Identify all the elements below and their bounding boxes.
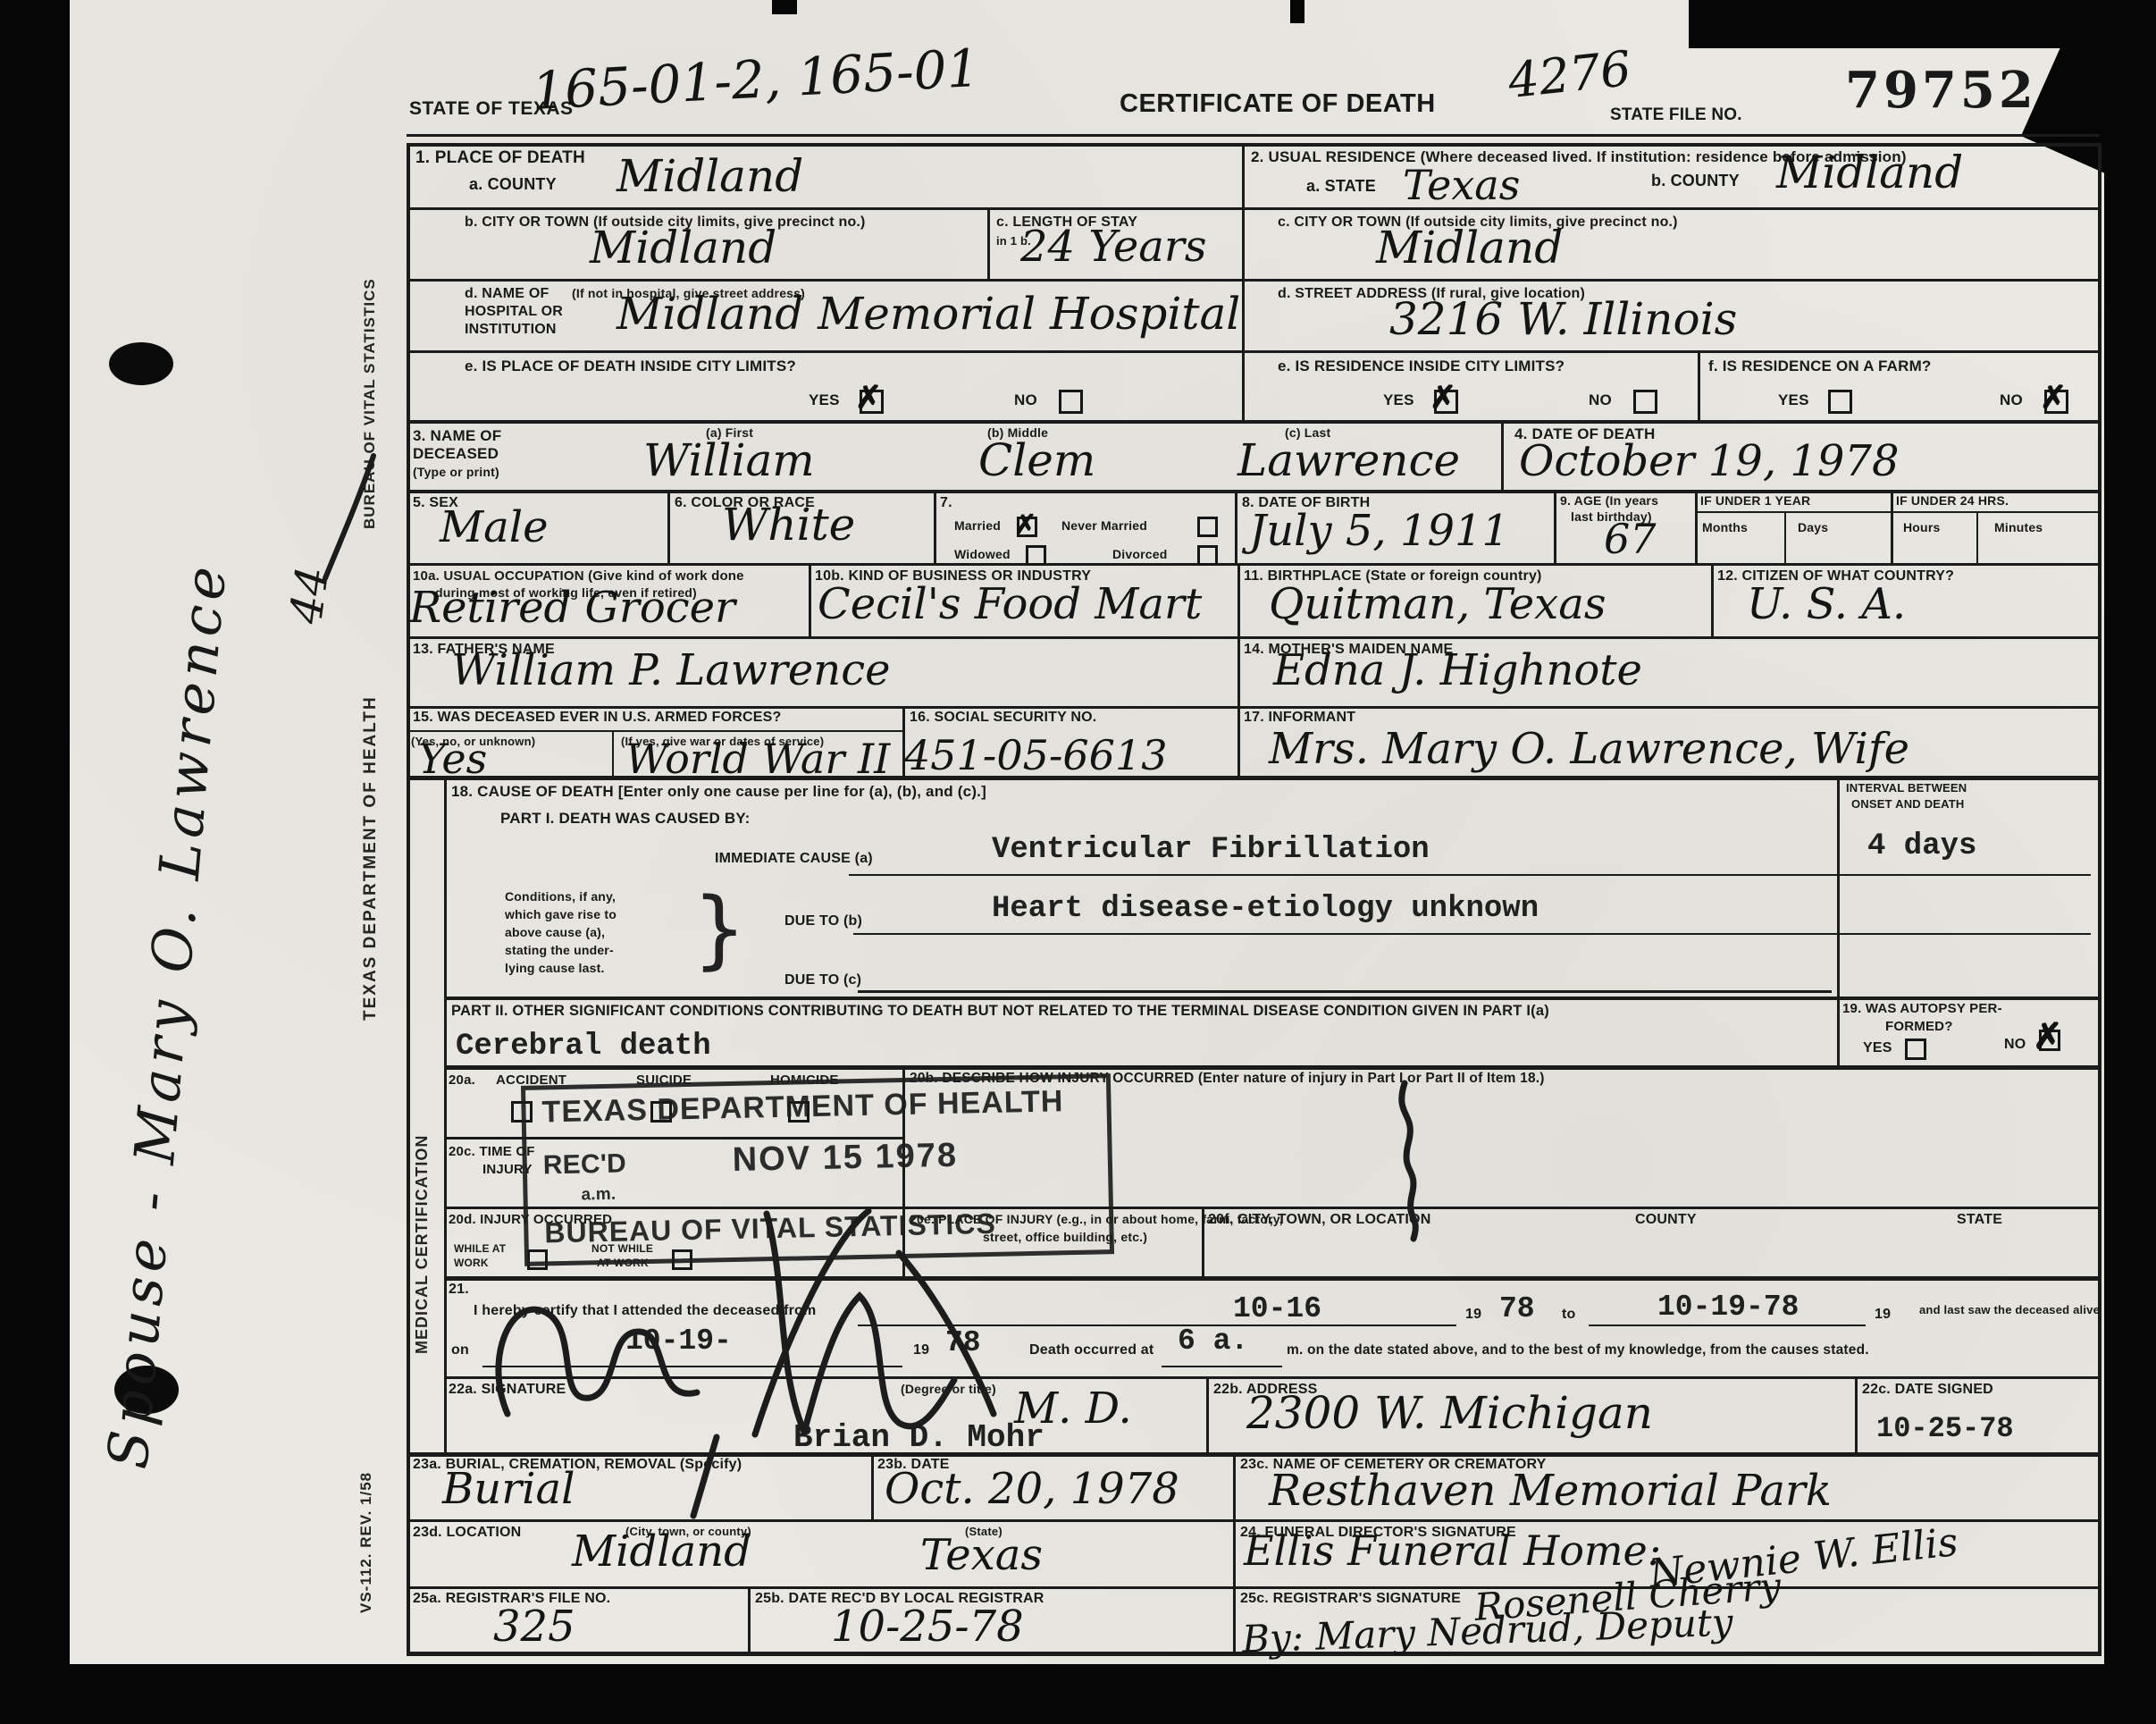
check-mark: ✗ — [2040, 379, 2067, 416]
part1-label: PART I. DEATH WAS CAUSED BY: — [500, 810, 751, 828]
hospital-label-2: HOSPITAL OR — [465, 304, 563, 320]
grid-line — [1784, 511, 1786, 563]
citizen-value: U. S. A. — [1747, 579, 1906, 629]
grid-line — [407, 730, 902, 732]
occupation-label-1: 10a. USUAL OCCUPATION (Give kind of work… — [413, 568, 744, 584]
sex-value: Male — [440, 502, 549, 552]
grid-line — [1891, 490, 1893, 563]
check-mark: ✗ — [855, 379, 882, 416]
age-label-1: 9. AGE (In years — [1560, 493, 1658, 508]
married-label: Married — [954, 518, 1001, 533]
grid-line — [1501, 420, 1504, 490]
hospital-label-3: INSTITUTION — [465, 322, 557, 338]
residence-limits-yes-checkbox: ✗ — [1434, 390, 1458, 414]
last-name-value: Lawrence — [1237, 434, 1460, 486]
grid-line — [407, 1586, 2100, 1589]
never-married-label: Never Married — [1061, 518, 1147, 533]
grid-line — [1237, 706, 1240, 776]
occupation-value: Retired Grocer — [409, 583, 735, 633]
conditions-note-1: Conditions, if any, — [505, 889, 616, 904]
due-to-b-value: Heart disease-etiology unknown — [992, 892, 1539, 926]
grid-line — [1855, 1376, 1858, 1452]
certify-text-2: and last saw the deceased alive — [1919, 1303, 2100, 1316]
residence-county-label: b. COUNTY — [1651, 172, 1740, 190]
farm-yes-label: YES — [1778, 391, 1809, 409]
place-of-death-title: 1. PLACE OF DEATH — [415, 148, 585, 168]
scan-speck-1 — [772, 0, 797, 14]
residence-limits-yes-label: YES — [1383, 391, 1414, 409]
cause-b-line — [853, 933, 2091, 935]
hours-label: Hours — [1903, 520, 1940, 534]
age-value: 67 — [1604, 515, 1657, 563]
grid-line — [1976, 511, 1978, 563]
form-border-right — [2098, 143, 2101, 1655]
residence-county-value: Midland — [1776, 147, 1963, 198]
immediate-cause-value: Ventricular Fibrillation — [992, 833, 1430, 867]
conditions-note-4: stating the under- — [505, 943, 614, 957]
check-mark: ✗ — [1014, 509, 1036, 541]
grid-line — [407, 207, 2100, 210]
grid-line — [1235, 490, 1237, 563]
date-recd-value: 10-25-78 — [831, 1602, 1024, 1652]
grid-line — [1242, 143, 1245, 420]
divorced-checkbox — [1197, 545, 1218, 566]
scan-edge-right — [2104, 0, 2156, 1724]
conditions-note-3: above cause (a), — [505, 925, 605, 939]
scan-speck-2 — [1290, 0, 1305, 23]
grid-line — [748, 1586, 751, 1653]
part2-label: PART II. OTHER SIGNIFICANT CONDITIONS CO… — [451, 1003, 1549, 1020]
ssn-label: 16. SOCIAL SECURITY NO. — [910, 710, 1096, 726]
interval-label-2: ONSET AND DEATH — [1851, 797, 1965, 811]
farm-no-checkbox: ✗ — [2044, 390, 2068, 414]
farm-yes-checkbox — [1828, 390, 1852, 414]
autopsy-no-label: NO — [2004, 1037, 2026, 1053]
grid-line — [612, 730, 614, 776]
days-label: Days — [1798, 520, 1828, 534]
grid-line — [1698, 350, 1700, 420]
place-limits-no-checkbox — [1059, 390, 1083, 414]
autopsy-label-1: 19. WAS AUTOPSY PER- — [1842, 1001, 2002, 1016]
immediate-cause-label: IMMEDIATE CAUSE (a) — [715, 851, 873, 867]
injury-state-label: STATE — [1957, 1212, 2002, 1228]
farm-no-label: NO — [2000, 391, 2023, 409]
punch-hole-top — [109, 342, 173, 385]
grid-line — [1711, 563, 1714, 636]
informant-value: Mrs. Mary O. Lawrence, Wife — [1269, 724, 1909, 774]
certify-line-2 — [1589, 1325, 1866, 1326]
hospital-label-1: d. NAME OF — [465, 286, 549, 302]
physician-signature-scribble — [499, 1309, 697, 1414]
grid-line — [444, 997, 2100, 1000]
registrar-signature-label: 25c. REGISTRAR'S SIGNATURE — [1240, 1591, 1461, 1607]
pen-scribbles — [402, 1028, 1528, 1582]
header-rule — [407, 134, 2100, 137]
divorced-label: Divorced — [1112, 547, 1168, 561]
widowed-label: Widowed — [954, 547, 1011, 561]
margin-department-text: TEXAS DEPARTMENT OF HEALTH — [361, 601, 381, 1021]
place-county-label: a. COUNTY — [469, 175, 557, 194]
race-value: White — [722, 499, 855, 551]
residence-city-value: Midland — [1376, 222, 1563, 273]
interval-label-1: INTERVAL BETWEEN — [1846, 781, 1967, 795]
conditions-note-5: lying cause last. — [505, 961, 605, 975]
grid-line — [1554, 490, 1556, 563]
date-of-death-value: October 19, 1978 — [1519, 436, 1900, 486]
farm-label: f. IS RESIDENCE ON A FARM? — [1708, 357, 1932, 375]
check-mark: ✗ — [2033, 1016, 2063, 1057]
state-file-number: 79752 — [1845, 61, 2037, 120]
name-title-1: 3. NAME OF — [413, 427, 501, 445]
married-checkbox: ✗ — [1017, 517, 1037, 537]
widowed-checkbox — [1026, 545, 1046, 566]
hospital-value: Midland Memorial Hospital — [617, 288, 1240, 340]
check-mark: ✗ — [1430, 379, 1456, 416]
place-county-value: Midland — [617, 150, 803, 202]
cause-c-line — [858, 990, 1832, 993]
name-title-2: DECEASED — [413, 445, 499, 463]
registrar-file-value: 325 — [493, 1602, 575, 1652]
place-limits-yes-checkbox: ✗ — [860, 390, 884, 414]
place-city-value: Midland — [590, 222, 776, 273]
grid-line — [1695, 511, 2100, 513]
grid-line — [987, 207, 990, 279]
grid-line — [407, 420, 2100, 424]
conditions-note-2: which gave rise to — [505, 907, 617, 921]
residence-state-value: Texas — [1403, 161, 1520, 209]
autopsy-yes-label: YES — [1863, 1040, 1892, 1056]
never-married-checkbox — [1197, 517, 1218, 537]
margin-slash-mark — [295, 442, 402, 594]
war-value: World War II — [625, 735, 890, 783]
name-title-3: (Type or print) — [413, 465, 499, 479]
death-certificate-scan: BUREAU OF VITAL STATISTICS TEXAS DEPARTM… — [0, 0, 2156, 1724]
due-to-c-label: DUE TO (c) — [784, 972, 861, 988]
street-address-value: 3216 W. Illinois — [1389, 293, 1737, 345]
certificate-title: CERTIFICATE OF DEATH — [1120, 89, 1436, 119]
specify-slash — [693, 1437, 717, 1516]
armed-forces-value: Yes — [418, 735, 487, 783]
cause-of-death-label: 18. CAUSE OF DEATH [Enter only one cause… — [451, 783, 986, 801]
autopsy-no-checkbox: ✗ — [2039, 1030, 2060, 1051]
grid-line — [407, 706, 2100, 709]
scan-edge-bottom — [0, 1664, 2156, 1724]
grid-line — [809, 563, 811, 636]
injury-county-label: COUNTY — [1635, 1212, 1697, 1228]
scan-edge-left — [0, 0, 70, 1724]
place-limits-yes-label: YES — [809, 391, 840, 409]
ssn-value: 451-05-6613 — [904, 731, 1168, 779]
residence-limits-label: e. IS RESIDENCE INSIDE CITY LIMITS? — [1278, 357, 1565, 375]
first-name-value: William — [643, 434, 815, 486]
mother-name-value: Edna J. Highnote — [1273, 645, 1642, 695]
minutes-label: Minutes — [1994, 520, 2043, 534]
stamp-margin-squiggle — [1402, 1083, 1416, 1239]
conditions-brace: } — [692, 880, 746, 979]
marital-label: 7. — [940, 495, 952, 511]
margin-form-code: VS-112. REV. 1/58 — [357, 1336, 375, 1613]
place-limits-label: e. IS PLACE OF DEATH INSIDE CITY LIMITS? — [465, 357, 796, 375]
grid-line — [407, 350, 2100, 353]
attended-to-date: 10-19-78 — [1657, 1291, 1799, 1324]
father-name-value: William P. Lawrence — [451, 645, 891, 695]
grid-line — [407, 563, 2100, 566]
cause-a-line — [849, 874, 2091, 876]
certify-to: to — [1562, 1307, 1576, 1323]
date-signed-label: 22c. DATE SIGNED — [1862, 1382, 1993, 1398]
residence-state-label: a. STATE — [1306, 177, 1376, 196]
due-to-b-label: DUE TO (b) — [784, 913, 862, 929]
under-1-year-label: IF UNDER 1 YEAR — [1700, 493, 1810, 508]
autopsy-yes-checkbox — [1905, 1039, 1926, 1060]
grid-line — [407, 279, 2100, 282]
grid-line — [667, 490, 670, 563]
state-file-no-label: STATE FILE NO. — [1610, 105, 1742, 125]
residence-limits-no-checkbox — [1633, 390, 1657, 414]
date-of-birth-value: July 5, 1911 — [1249, 506, 1509, 556]
business-value: Cecil's Food Mart — [818, 579, 1202, 629]
grid-line — [1695, 490, 1698, 563]
certify-19-2: 19 — [1875, 1307, 1891, 1323]
grid-line — [934, 490, 936, 563]
place-limits-no-label: NO — [1014, 391, 1037, 409]
armed-forces-label: 15. WAS DECEASED EVER IN U.S. ARMED FORC… — [413, 710, 782, 726]
grid-line — [407, 636, 2100, 639]
interval-value: 4 days — [1867, 829, 1976, 863]
grid-line — [1237, 563, 1240, 706]
date-signed-value: 10-25-78 — [1876, 1412, 2014, 1445]
grid-line — [407, 490, 2100, 493]
residence-limits-no-label: NO — [1589, 391, 1612, 409]
months-label: Months — [1702, 520, 1748, 534]
autopsy-label-2: FORMED? — [1885, 1019, 1953, 1034]
grid-line — [1837, 776, 1840, 1065]
under-24-hrs-label: IF UNDER 24 HRS. — [1896, 493, 2009, 508]
middle-name-value: Clem — [978, 434, 1095, 486]
birthplace-value: Quitman, Texas — [1269, 579, 1606, 629]
length-of-stay-value: 24 Years — [1020, 222, 1206, 272]
